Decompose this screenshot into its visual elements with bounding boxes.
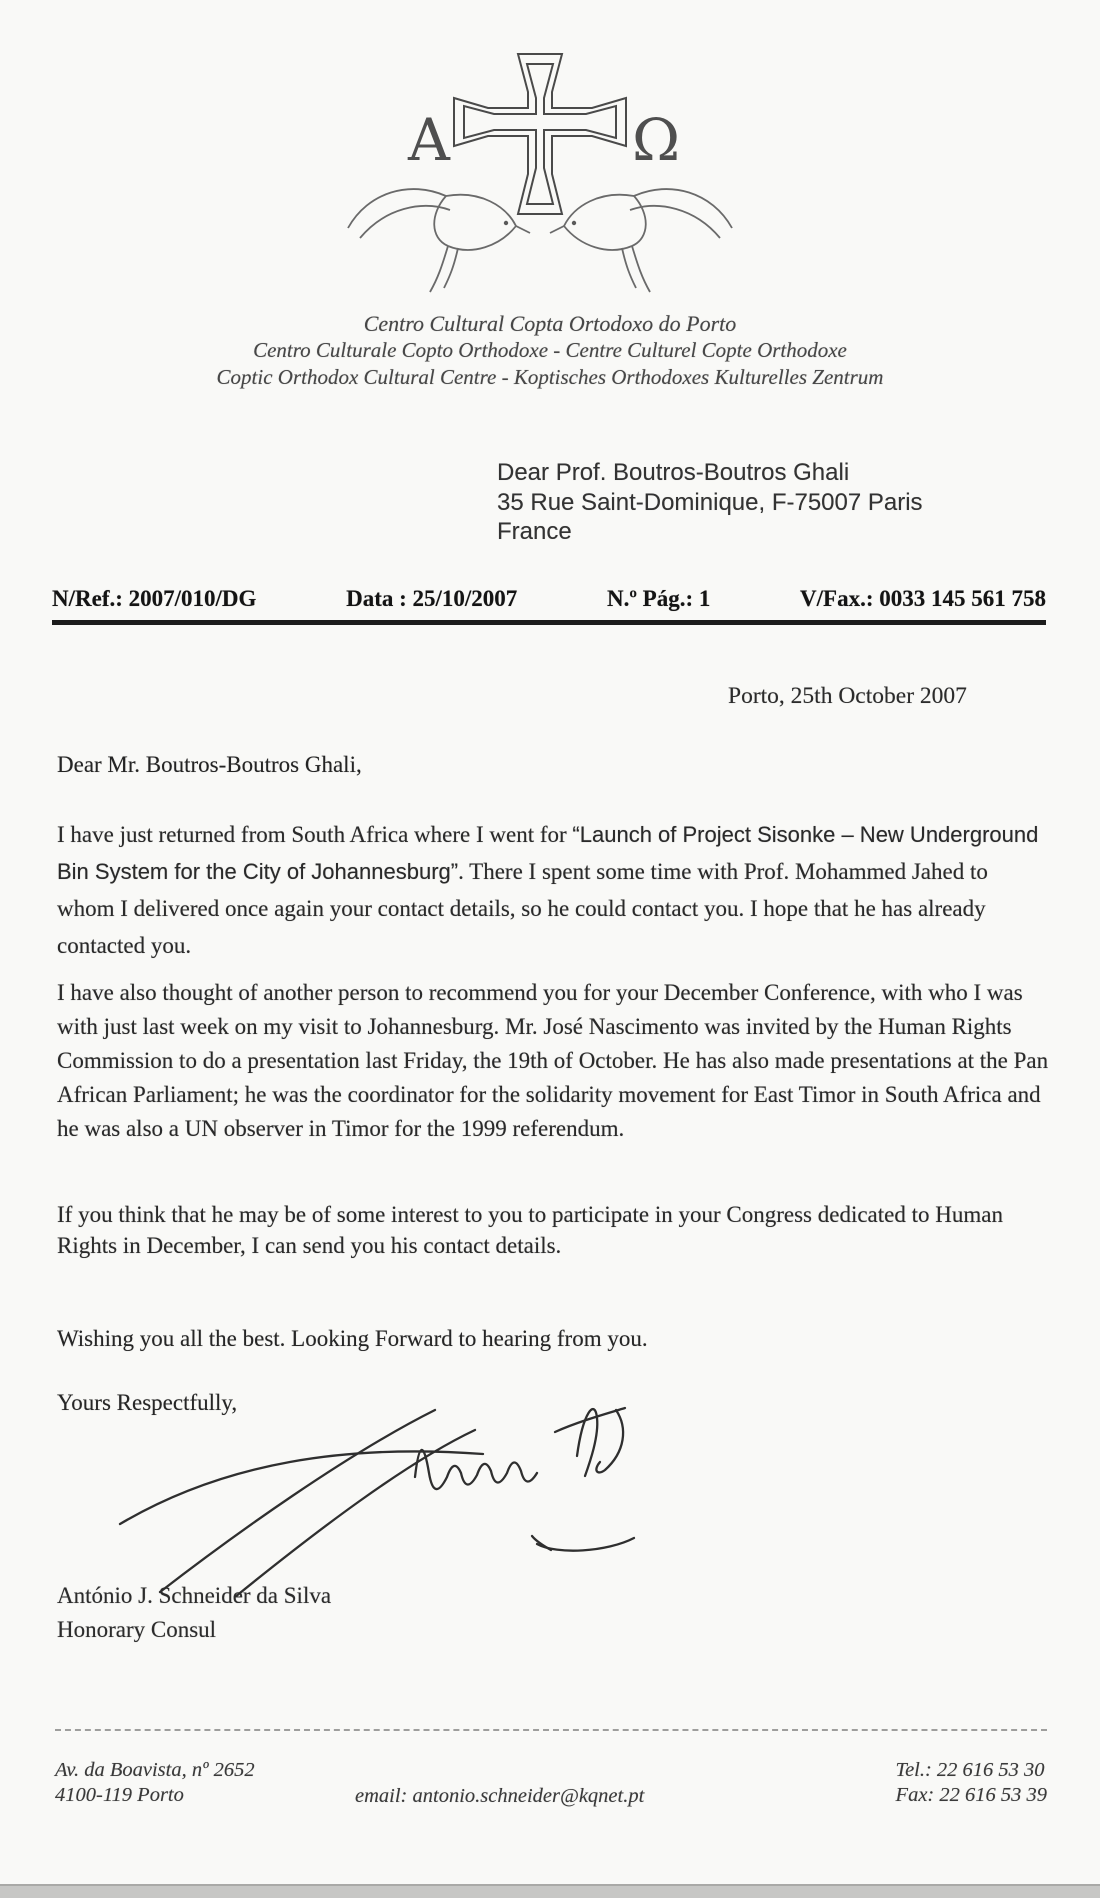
recipient-name: Dear Prof. Boutros-Boutros Ghali [497, 458, 923, 488]
recipient-street: 35 Rue Saint-Dominique, F-75007 Paris [497, 488, 923, 518]
paragraph-1-intro: I have just returned from South Africa w… [57, 822, 572, 847]
org-name-portuguese: Centro Cultural Copta Ortodoxo do Porto [0, 310, 1100, 337]
coptic-cross-icon: Α Ω [330, 42, 750, 300]
ref-number: N/Ref.: 2007/010/DG [52, 586, 256, 612]
letter-date: Porto, 25th October 2007 [728, 683, 967, 710]
footer-fax: Fax: 22 616 53 39 [896, 1783, 1047, 1808]
coptic-cross-logo: Α Ω [330, 42, 750, 300]
salutation: Dear Mr. Boutros-Boutros Ghali, [57, 752, 362, 778]
footer-street: Av. da Boavista, nº 2652 [55, 1758, 255, 1783]
signatory-name: António J. Schneider da Silva [57, 1583, 331, 1609]
scanned-letter-page: Α Ω Cen [0, 0, 1100, 1898]
dove-right-icon [550, 189, 732, 292]
scan-edge-artifact [0, 1884, 1100, 1898]
paragraph-1: I have just returned from South Africa w… [57, 816, 1049, 964]
org-name-italian-french: Centro Culturale Copto Orthodoxe - Centr… [0, 337, 1100, 364]
footer-email: email: antonio.schneider@kqnet.pt [355, 1784, 644, 1809]
footer-tel: Tel.: 22 616 53 30 [896, 1758, 1047, 1783]
closing-wish: Wishing you all the best. Looking Forwar… [57, 1326, 648, 1352]
paragraph-2: I have also thought of another person to… [57, 976, 1049, 1146]
signatory-title: Honorary Consul [57, 1617, 216, 1643]
ref-date: Data : 25/10/2007 [346, 586, 517, 612]
omega-glyph: Ω [632, 106, 680, 174]
paragraph-3: If you think that he may be of some inte… [57, 1199, 1049, 1261]
recipient-address-block: Dear Prof. Boutros-Boutros Ghali 35 Rue … [497, 458, 923, 547]
ref-fax: V/Fax.: 0033 145 561 758 [800, 586, 1046, 612]
signature-ink [85, 1392, 645, 1597]
footer-address: Av. da Boavista, nº 2652 4100-119 Porto [55, 1758, 255, 1808]
footer-city: 4100-119 Porto [55, 1783, 255, 1808]
letterhead-org-names: Centro Cultural Copta Ortodoxo do Porto … [0, 310, 1100, 391]
ref-page-count: N.º Pág.: 1 [607, 586, 710, 612]
org-name-english-german: Coptic Orthodox Cultural Centre - Koptis… [0, 364, 1100, 391]
dove-left-icon [348, 189, 530, 292]
reference-line: N/Ref.: 2007/010/DG Data : 25/10/2007 N.… [52, 586, 1046, 625]
footer-divider [55, 1729, 1047, 1731]
recipient-country: France [497, 517, 923, 547]
alpha-glyph: Α [407, 106, 451, 174]
signature [85, 1392, 645, 1597]
footer-phones: Tel.: 22 616 53 30 Fax: 22 616 53 39 [896, 1758, 1047, 1808]
